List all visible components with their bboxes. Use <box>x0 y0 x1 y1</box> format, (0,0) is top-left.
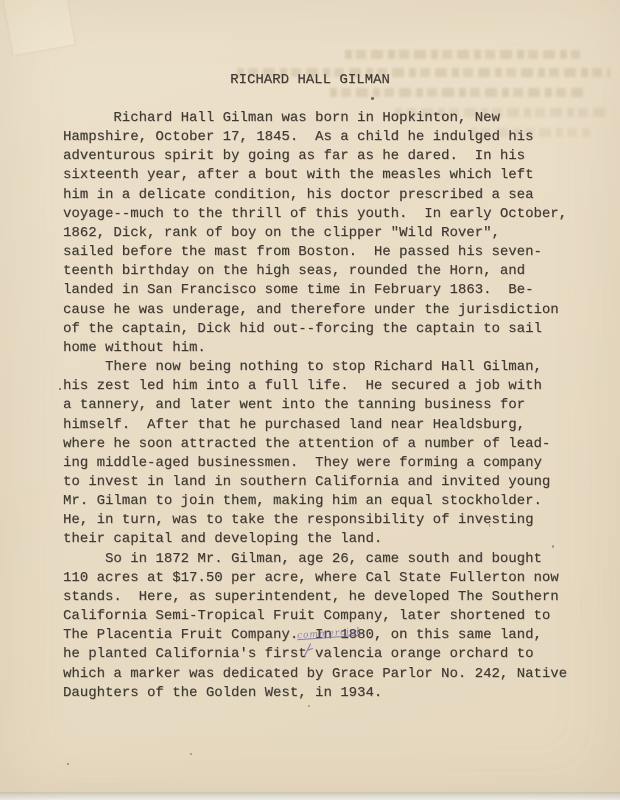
text-line: 1862, Dick, rank of boy on the clipper "… <box>63 224 583 243</box>
text-line: California Semi-Tropical Fruit Company, … <box>63 607 583 626</box>
insertion-caret-icon <box>303 642 314 657</box>
text-line: Mr. Gilman to join them, making him an e… <box>63 492 583 511</box>
text-line: He, in turn, was to take the responsibil… <box>63 511 583 530</box>
paper-speck <box>190 753 192 755</box>
paper-speck <box>67 763 69 765</box>
paper-patch <box>3 0 74 55</box>
bleedthrough-text <box>345 50 580 59</box>
text-line: their capital and developing the land. <box>63 530 583 549</box>
scanned-document-page: { "document": { "title": "RICHARD HALL G… <box>0 0 620 800</box>
text-line: which a marker was dedicated by Grace Pa… <box>63 665 583 684</box>
text-line: Daughters of the Golden West, in 1934. <box>63 684 583 703</box>
paper-speck <box>308 705 310 707</box>
text-line: adventurous spirit by going as far as he… <box>63 147 583 166</box>
document-title: RICHARD HALL GILMAN <box>0 72 620 88</box>
scan-edge <box>0 792 620 800</box>
text-line: sixteenth year, after a bout with the me… <box>63 166 583 185</box>
text-line: of the captain, Dick hid out--forcing th… <box>63 320 583 339</box>
text-line: 110 acres at $17.50 per acre, where Cal … <box>63 569 583 588</box>
text-line: landed in San Francisco some time in Feb… <box>63 281 583 300</box>
text-line: him in a delicate condition, his doctor … <box>63 186 583 205</box>
text-line: where he soon attracted the attention of… <box>63 435 583 454</box>
text-line: home without him. <box>63 339 583 358</box>
text-line: to invest in land in southern California… <box>63 473 583 492</box>
text-line: teenth birthday on the high seas, rounde… <box>63 262 583 281</box>
text-line: himself. After that he purchased land ne… <box>63 416 583 435</box>
text-line: ing middle-aged businessmen. They were f… <box>63 454 583 473</box>
paper-speck <box>371 97 374 100</box>
document-body: Richard Hall Gilman was born in Hopkinto… <box>63 109 583 703</box>
text-line: sailed before the mast from Boston. He p… <box>63 243 583 262</box>
text-line: voyage--much to the thrill of this youth… <box>63 205 583 224</box>
text-line: his zest led him into a full life. He se… <box>63 377 583 396</box>
text-line: So in 1872 Mr. Gilman, age 26, came sout… <box>63 550 583 569</box>
text-line: Hampshire, October 17, 1845. As a child … <box>63 128 583 147</box>
text-line: a tannery, and later went into the tanni… <box>63 396 583 415</box>
bleedthrough-text <box>330 88 588 97</box>
text-line: he planted California's first valencia o… <box>63 645 583 664</box>
paper-speck <box>59 388 61 390</box>
text-line: cause he was underage, and therefore und… <box>63 301 583 320</box>
text-line: There now being nothing to stop Richard … <box>63 358 583 377</box>
text-line: stands. Here, as superintendent, he deve… <box>63 588 583 607</box>
text-line: Richard Hall Gilman was born in Hopkinto… <box>63 109 583 128</box>
